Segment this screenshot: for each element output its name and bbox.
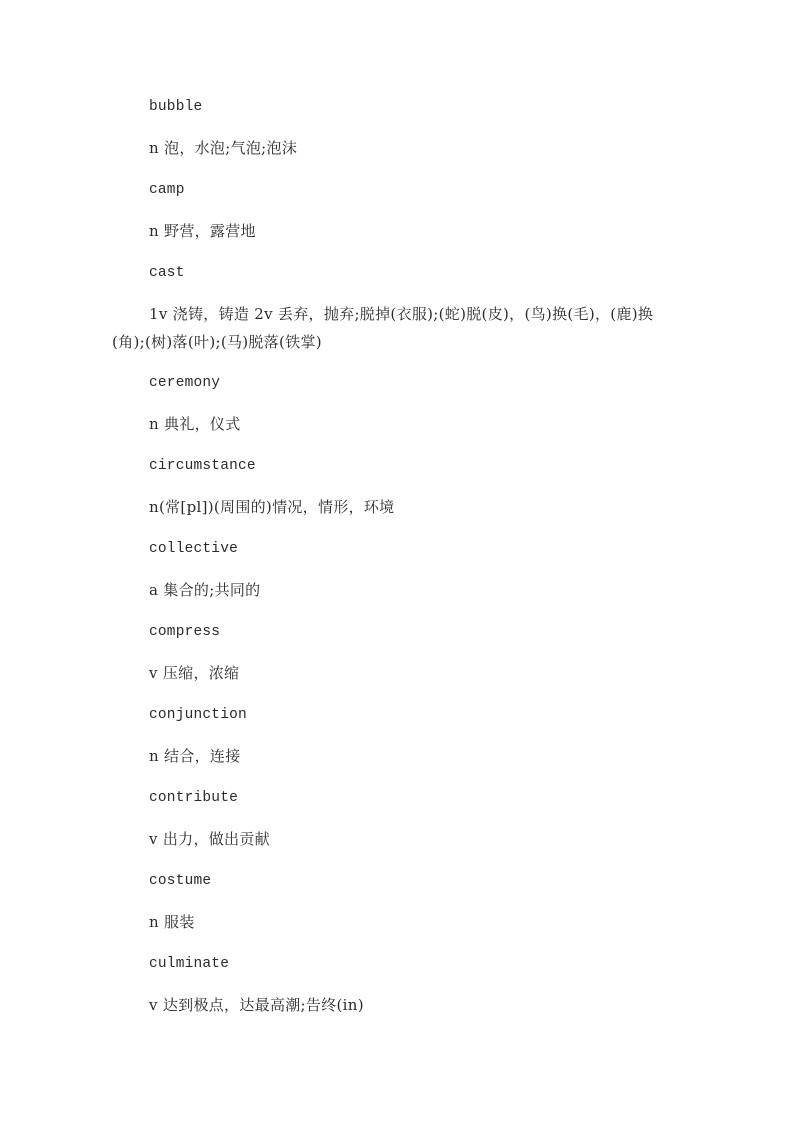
entry-definition-contribute: v 出力，做出贡献 [112,829,682,849]
entry-word-ceremony: ceremony [112,373,682,393]
entry-word-compress: compress [112,622,682,642]
entry-word-costume: costume [112,871,682,891]
entry-definition-camp: n 野营，露营地 [112,221,682,241]
entry-word-cast: cast [112,263,682,283]
entry-definition-bubble: n 泡，水泡;气泡;泡沫 [112,138,682,158]
entry-definition-culminate: v 达到极点，达最高潮;告终(in) [112,995,682,1015]
entry-word-camp: camp [112,180,682,200]
entry-definition-compress: v 压缩，浓缩 [112,663,682,683]
entry-word-circumstance: circumstance [112,456,682,476]
vocabulary-page: bubble n 泡，水泡;气泡;泡沫 camp n 野营，露营地 cast 1… [112,97,682,1037]
entry-definition-ceremony: n 典礼，仪式 [112,414,682,434]
entry-word-collective: collective [112,539,682,559]
entry-definition-costume: n 服装 [112,912,682,932]
entry-definition-cast: 1v 浇铸，铸造 2v 丢弃，抛弃;脱掉(衣服);(蛇)脱(皮)，(鸟)换(毛)… [112,300,682,356]
entry-word-conjunction: conjunction [112,705,682,725]
entry-word-bubble: bubble [112,97,682,117]
entry-word-contribute: contribute [112,788,682,808]
entry-definition-conjunction: n 结合，连接 [112,746,682,766]
entry-definition-circumstance: n(常[pl])(周围的)情况，情形，环境 [112,497,682,517]
entry-definition-collective: a 集合的;共同的 [112,580,682,600]
entry-word-culminate: culminate [112,954,682,974]
